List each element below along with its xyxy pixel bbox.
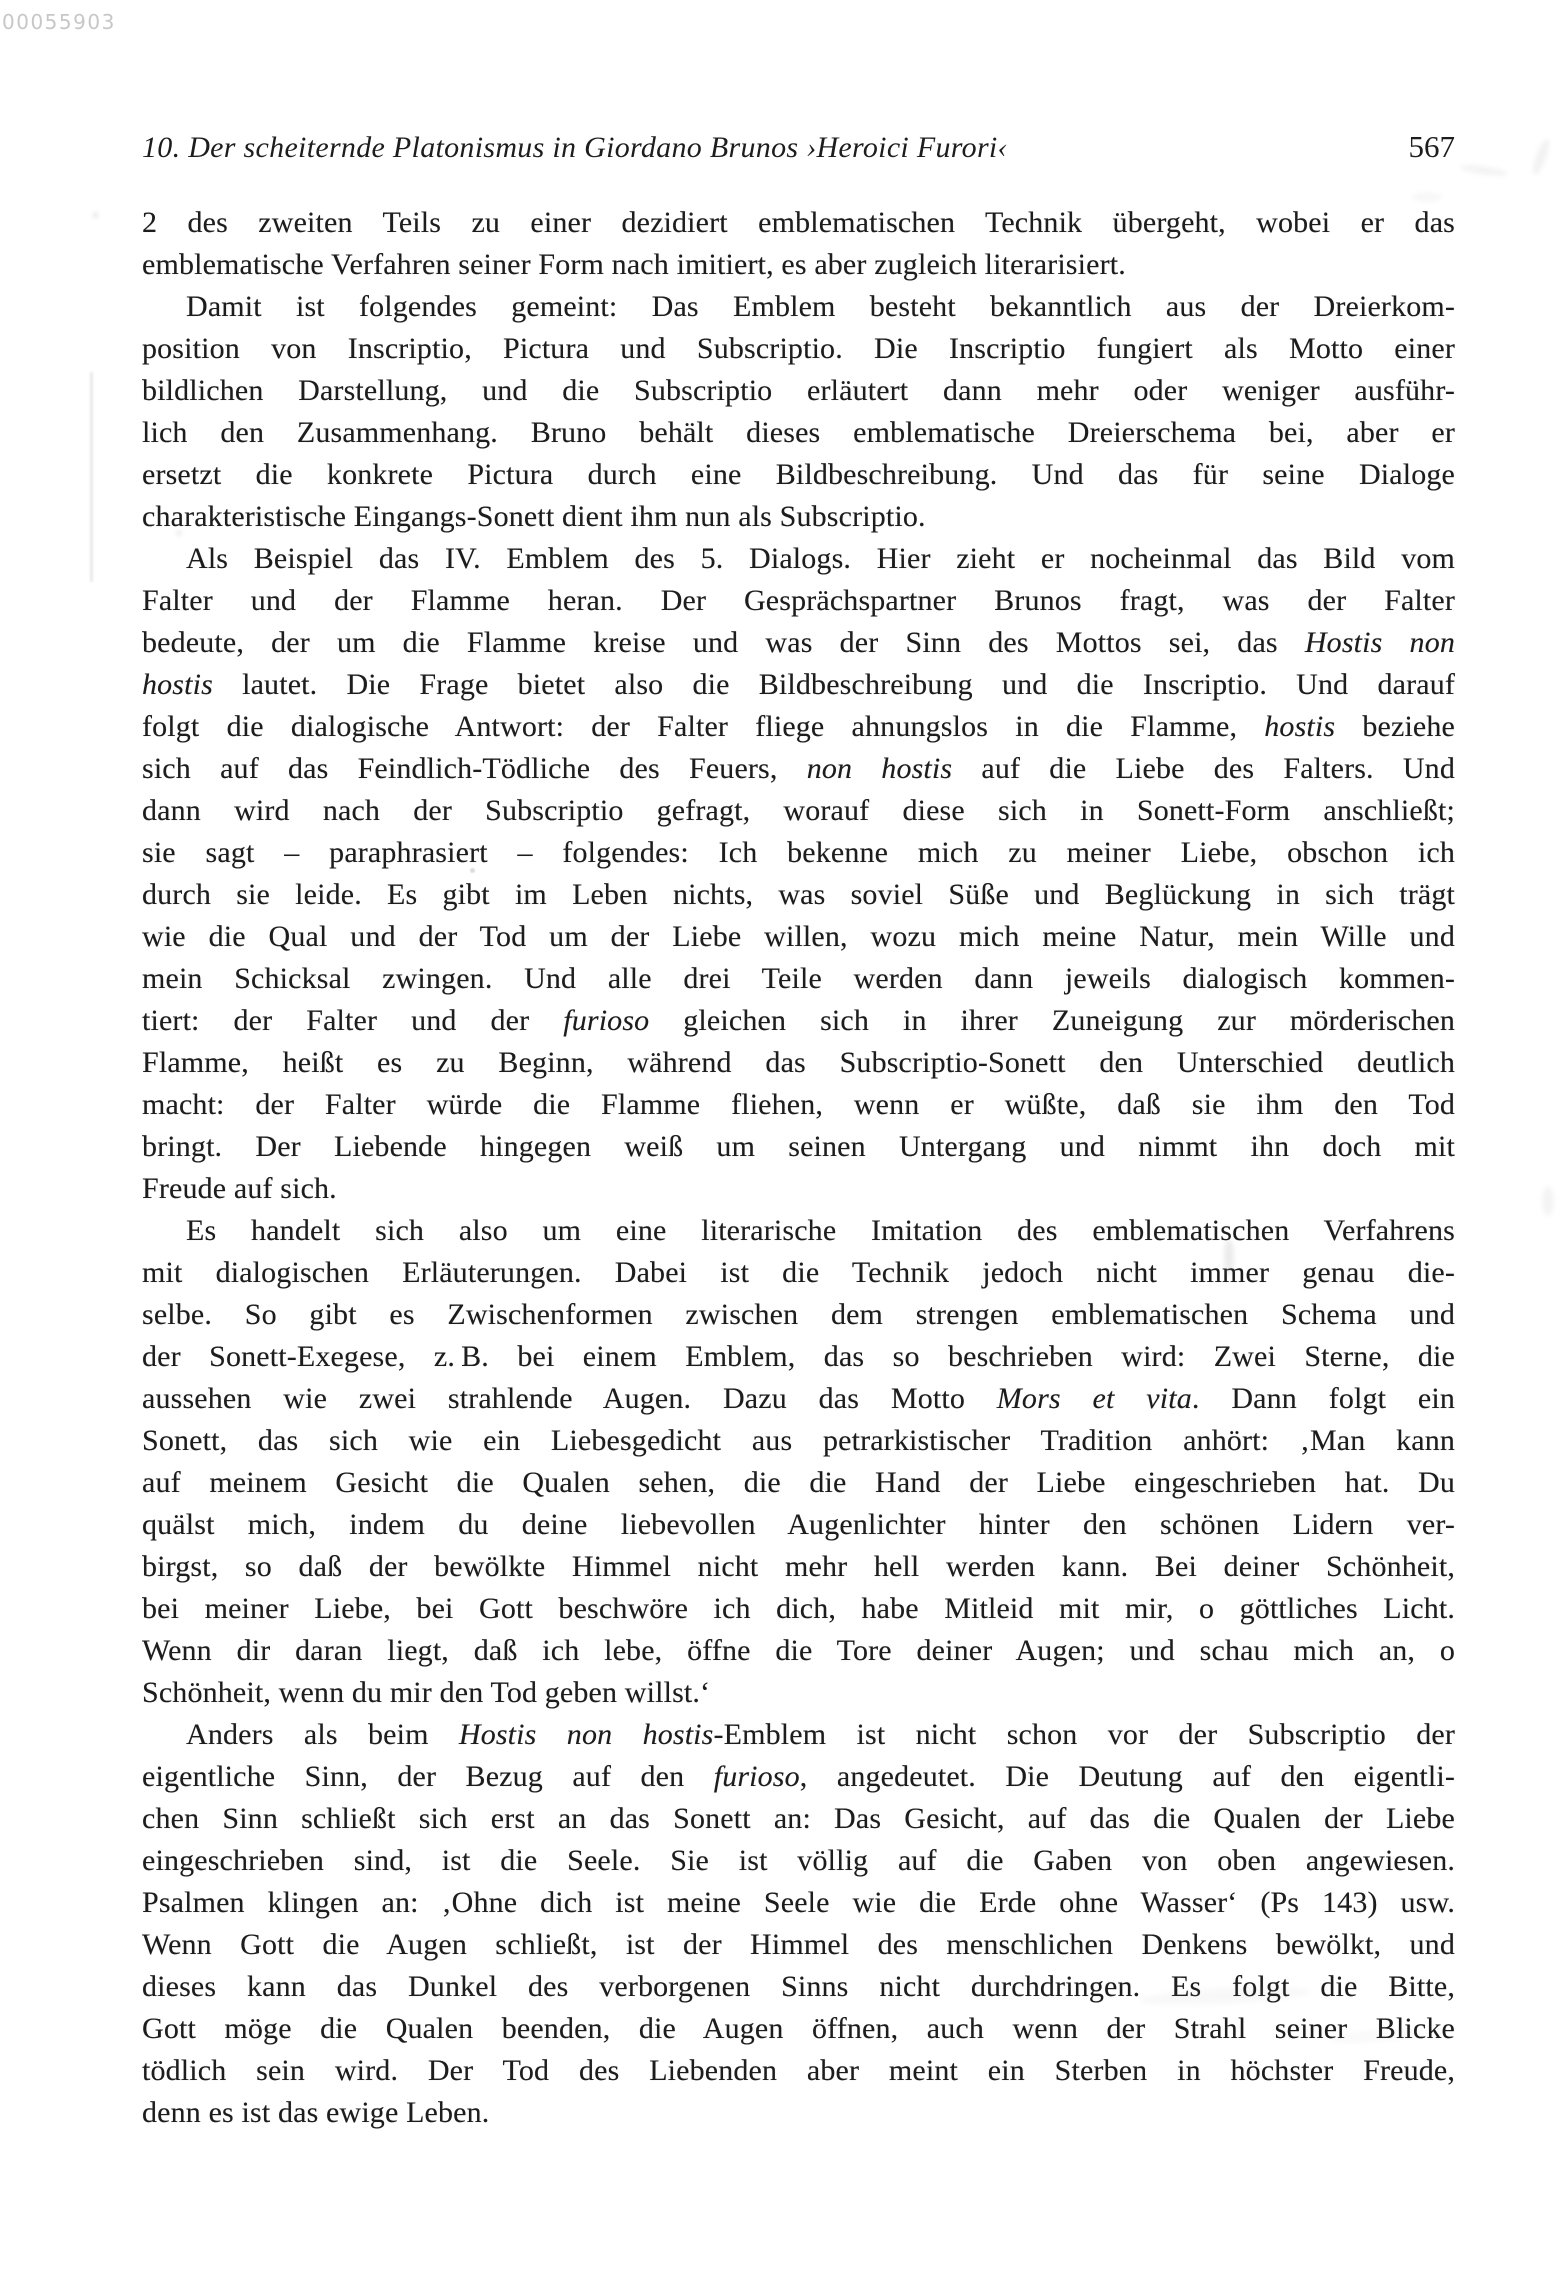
text-line: macht: der Falter würde die Flamme flieh… (142, 1084, 1455, 1126)
chapter-title: 10. Der scheiternde Platonismus in Giord… (142, 127, 1008, 169)
text-line: Flamme, heißt es zu Beginn, während das … (142, 1042, 1455, 1084)
paragraph: Es handelt sich also um eine literarisch… (142, 1210, 1455, 1714)
text-line: eingeschrieben sind, ist die Seele. Sie … (142, 1840, 1455, 1882)
text-line: wie die Qual und der Tod um der Liebe wi… (142, 916, 1455, 958)
text-line: der Sonett-Exegese, z. B. bei einem Embl… (142, 1336, 1455, 1378)
text-line: bedeute, der um die Flamme kreise und wa… (142, 622, 1455, 664)
text-line: Schönheit, wenn du mir den Tod geben wil… (142, 1672, 1455, 1714)
text-line: dann wird nach der Subscriptio gefragt, … (142, 790, 1455, 832)
text-line: Freude auf sich. (142, 1168, 1455, 1210)
scan-smudge (1542, 1186, 1554, 1216)
text-line: mit dialogischen Erläuterungen. Dabei is… (142, 1252, 1455, 1294)
paragraph: 2 des zweiten Teils zu einer dezidiert e… (142, 202, 1455, 286)
scan-smudge (93, 212, 98, 218)
text-line: dieses kann das Dunkel des verborgenen S… (142, 1966, 1455, 2008)
text-line: chen Sinn schließt sich erst an das Sone… (142, 1798, 1455, 1840)
text-line: sie sagt – paraphrasiert – folgendes: Ic… (142, 832, 1455, 874)
text-line: Gott möge die Qualen beenden, die Augen … (142, 2008, 1455, 2050)
text-line: Es handelt sich also um eine literarisch… (142, 1210, 1455, 1252)
text-line: hostis lautet. Die Frage bietet also die… (142, 664, 1455, 706)
text-line: folgt die dialogische Antwort: der Falte… (142, 706, 1455, 748)
text-line: Wenn dir daran liegt, daß ich lebe, öffn… (142, 1630, 1455, 1672)
text-line: tiert: der Falter und der furioso gleich… (142, 1000, 1455, 1042)
text-line: Sonett, das sich wie ein Liebesgedicht a… (142, 1420, 1455, 1462)
text-line: Als Beispiel das IV. Emblem des 5. Dialo… (142, 538, 1455, 580)
text-line: Anders als beim Hostis non hostis-Emblem… (142, 1714, 1455, 1756)
text-line: aussehen wie zwei strahlende Augen. Dazu… (142, 1378, 1455, 1420)
text-line: selbe. So gibt es Zwischenformen zwische… (142, 1294, 1455, 1336)
scan-smudge (90, 372, 93, 582)
text-line: position von Inscriptio, Pictura und Sub… (142, 328, 1455, 370)
text-line: auf meinem Gesicht die Qualen sehen, die… (142, 1462, 1455, 1504)
paragraph: Damit ist folgendes gemeint: Das Emblem … (142, 286, 1455, 538)
text-line: Psalmen klingen an: ‚Ohne dich ist meine… (142, 1882, 1455, 1924)
text-line: lich den Zusammenhang. Bruno behält dies… (142, 412, 1455, 454)
text-line: durch sie leide. Es gibt im Leben nichts… (142, 874, 1455, 916)
text-line: tödlich sein wird. Der Tod des Liebenden… (142, 2050, 1455, 2092)
text-line: 2 des zweiten Teils zu einer dezidiert e… (142, 202, 1455, 244)
paragraph: Anders als beim Hostis non hostis-Emblem… (142, 1714, 1455, 2134)
scan-smudge (1460, 163, 1509, 179)
text-line: bringt. Der Liebende hingegen weiß um se… (142, 1126, 1455, 1168)
text-line: Wenn Gott die Augen schließt, ist der Hi… (142, 1924, 1455, 1966)
page-content: 10. Der scheiternde Platonismus in Giord… (142, 126, 1455, 2134)
running-header: 10. Der scheiternde Platonismus in Giord… (142, 126, 1455, 169)
text-line: birgst, so daß der bewölkte Himmel nicht… (142, 1546, 1455, 1588)
text-line: eigentliche Sinn, der Bezug auf den furi… (142, 1756, 1455, 1798)
text-line: charakteristische Eingangs-Sonett dient … (142, 496, 1455, 538)
text-line: ersetzt die konkrete Pictura durch eine … (142, 454, 1455, 496)
text-line: Damit ist folgendes gemeint: Das Emblem … (142, 286, 1455, 328)
scan-smudge (1530, 137, 1552, 176)
text-line: emblematische Verfahren seiner Form nach… (142, 244, 1455, 286)
page-number: 567 (1409, 126, 1456, 168)
text-line: bei meiner Liebe, bei Gott beschwöre ich… (142, 1588, 1455, 1630)
text-line: sich auf das Feindlich-Tödliche des Feue… (142, 748, 1455, 790)
text-line: mein Schicksal zwingen. Und alle drei Te… (142, 958, 1455, 1000)
body-text: 2 des zweiten Teils zu einer dezidiert e… (142, 202, 1455, 2134)
paragraph: Als Beispiel das IV. Emblem des 5. Dialo… (142, 538, 1455, 1210)
text-line: quälst mich, indem du deine liebevollen … (142, 1504, 1455, 1546)
text-line: bildlichen Darstellung, und die Subscrip… (142, 370, 1455, 412)
scanned-book-page: 00055903 10. Der scheiternde Platonismus… (0, 0, 1565, 2276)
text-line: Falter und der Flamme heran. Der Gespräc… (142, 580, 1455, 622)
scan-id-number: 00055903 (2, 10, 116, 34)
text-line: denn es ist das ewige Leben. (142, 2092, 1455, 2134)
